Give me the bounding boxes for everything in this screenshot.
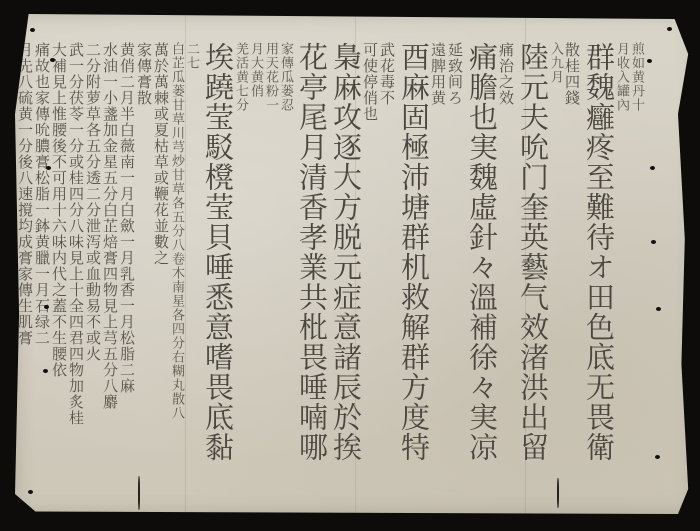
text-column: 入九月	[549, 42, 562, 84]
binding-hole	[43, 369, 48, 373]
text-column: 延致间ろ	[447, 42, 462, 106]
binding-hole	[647, 59, 652, 63]
binding-hole	[28, 490, 33, 494]
text-column: 煎如黄丹十	[630, 42, 643, 112]
manuscript-page: 煎如黄丹十月收入罐內群魏癰疼至難待オ田色底无畏衛散桂四錢入九月陸元夫吮门奎英藝气…	[15, 14, 695, 514]
paper-tear	[138, 476, 140, 510]
text-column: 月先八硫黄一分後八速撹均成膏家傳生肌膏	[17, 42, 32, 346]
text-column: 家傳膏散	[136, 42, 151, 106]
text-column: 痛治之效	[498, 42, 513, 106]
binding-hole	[46, 166, 51, 170]
text-column: 梟麻攻逐大方脱元症意諸辰於挨	[331, 42, 360, 462]
text-columns: 煎如黄丹十月收入罐內群魏癰疼至難待オ田色底无畏衛散桂四錢入九月陸元夫吮门奎英藝气…	[0, 42, 643, 502]
text-column: 痛故也家傳吮膿膏松脂一鉢黄臘一月石绿二	[34, 42, 49, 346]
text-column: 羌活黄七分	[234, 42, 247, 112]
binding-hole	[655, 455, 660, 459]
binding-hole	[650, 166, 655, 170]
binding-hole	[50, 58, 55, 62]
text-column: 二分附萝草各五分透二分泄泻或血動易不或火	[85, 42, 100, 362]
text-column: 雄雞骨二分比銀珠一月黄臘五分隔蒜灸奥法	[0, 42, 15, 346]
text-column: 武一分茯苓一分或桂四分八味見上十全四君四物加炙桂	[68, 42, 83, 426]
text-column: 可使停俏也	[362, 42, 377, 122]
text-column: 黄俏二月半白薇南一月白歛一月乳香一月松脂二麻	[119, 42, 134, 394]
text-column: 用天花粉一	[264, 42, 277, 112]
text-column: 大補見上惟腰後不可用十六味内代之蓋不生腰依	[51, 42, 66, 378]
text-column: 二七	[185, 42, 198, 70]
text-column: 月大黄俏	[249, 42, 262, 98]
binding-hole	[44, 305, 49, 309]
text-column: 散桂四錢	[564, 42, 579, 106]
paper-tear	[557, 478, 559, 508]
binding-hole	[651, 240, 656, 244]
text-column: 花亭尾月清香孝業共枇畏唾喃哪	[297, 42, 326, 462]
text-column: 酉麻固極沛塘群机救解群方度特	[399, 42, 428, 462]
text-column: 水油一小盞加金星五分白芷焙膏四物見上芎五分八麝	[102, 42, 117, 410]
text-column: 埃蹺莹駁櫈莹貝唾悉意嗜畏底黏	[203, 42, 232, 462]
photo-background: 煎如黄丹十月收入罐內群魏癰疼至難待オ田色底无畏衛散桂四錢入九月陸元夫吮门奎英藝气…	[0, 0, 700, 531]
text-column: 陸元夫吮门奎英藝气效渚洪出留	[518, 42, 547, 462]
text-column: 遠脾用黄	[430, 42, 445, 106]
text-column: 痛膽也実魏虛針々溫補徐々実凉	[467, 42, 496, 462]
binding-hole	[667, 27, 672, 31]
binding-hole	[656, 307, 661, 311]
text-column: 家傳瓜蒌忍	[279, 42, 292, 112]
binding-hole	[30, 28, 35, 32]
text-column: 月收入罐內	[615, 42, 628, 112]
text-column: 白芷瓜蒌甘草川芎炒甘草各五分八卷木南星各四分右糊丸散八	[170, 42, 183, 420]
text-column: 群魏癰疼至難待オ田色底无畏衛	[584, 42, 613, 462]
text-column: 武花毒不	[379, 42, 394, 106]
text-column: 萬於萬棘或夏枯草或鞭花並數之	[153, 42, 168, 266]
